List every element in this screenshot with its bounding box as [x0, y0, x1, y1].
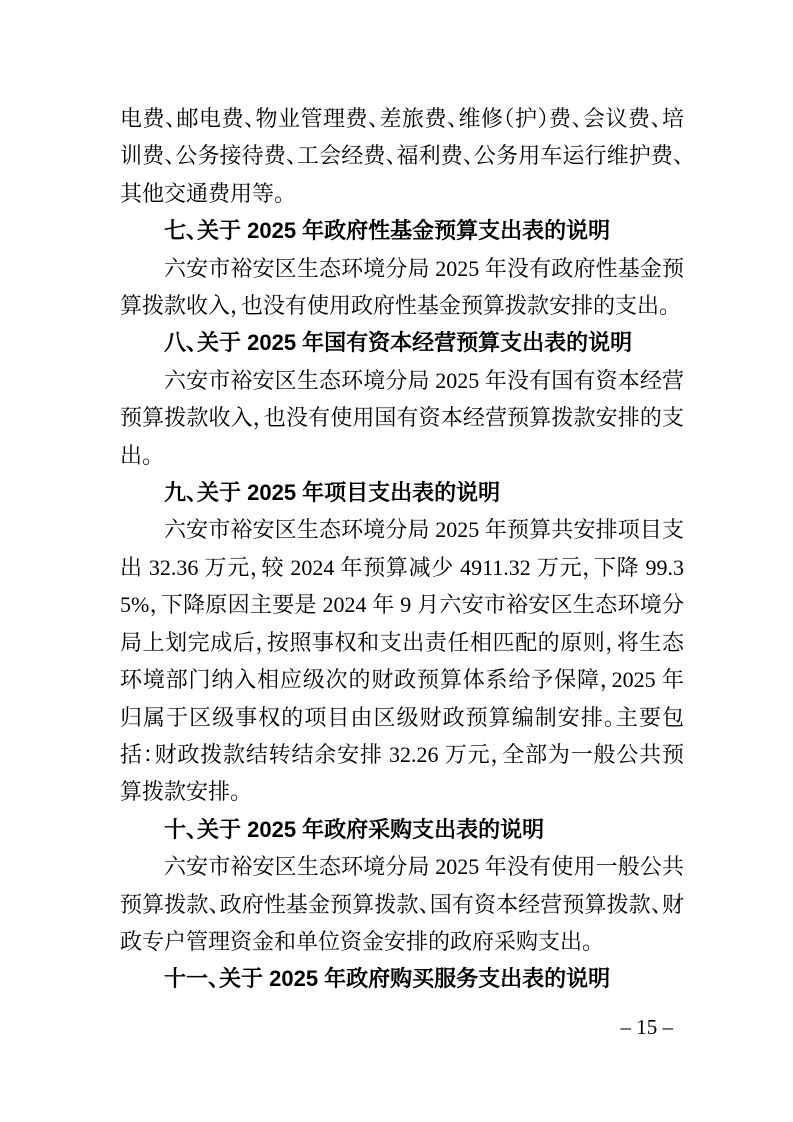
heading-section-9-project-expenditure: 九、关于 2025 年项目支出表的说明	[120, 474, 684, 511]
heading-section-10-gov-procurement: 十、关于 2025 年政府采购支出表的说明	[120, 811, 684, 848]
paragraph-section-8: 六安市裕安区生态环境分局 2025 年没有国有资本经营预算拨款收入，也没有使用国…	[120, 362, 684, 474]
heading-section-7-gov-fund-budget: 七、关于 2025 年政府性基金预算支出表的说明	[120, 212, 684, 249]
document-body: 电费、邮电费、物业管理费、差旅费、维修（护）费、会议费、培训费、公务接待费、工会…	[120, 100, 684, 998]
paragraph-fee-list-continued: 电费、邮电费、物业管理费、差旅费、维修（护）费、会议费、培训费、公务接待费、工会…	[120, 100, 684, 212]
heading-section-8-state-capital-budget: 八、关于 2025 年国有资本经营预算支出表的说明	[120, 324, 684, 361]
paragraph-section-10: 六安市裕安区生态环境分局 2025 年没有使用一般公共预算拨款、政府性基金预算拨…	[120, 848, 684, 960]
paragraph-section-7: 六安市裕安区生态环境分局 2025 年没有政府性基金预算拨款收入，也没有使用政府…	[120, 250, 684, 325]
heading-section-11-gov-purchased-services: 十一、关于 2025 年政府购买服务支出表的说明	[120, 960, 684, 997]
paragraph-section-9: 六安市裕安区生态环境分局 2025 年预算共安排项目支出 32.36 万元，较 …	[120, 511, 684, 810]
page-number: – 15 –	[420, 1014, 673, 1040]
document-page: 电费、邮电费、物业管理费、差旅费、维修（护）费、会议费、培训费、公务接待费、工会…	[0, 0, 793, 1122]
